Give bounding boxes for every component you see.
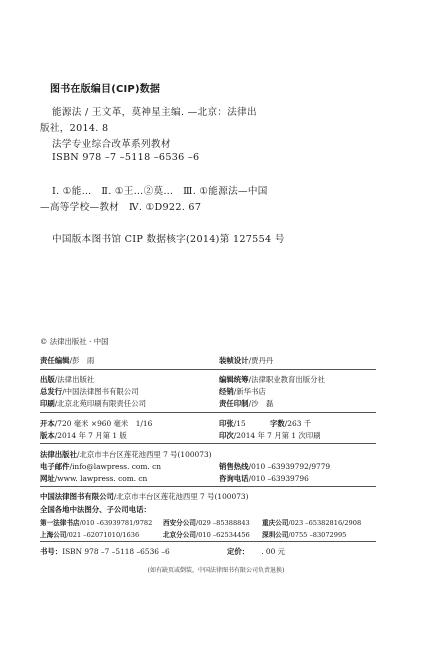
field-value: ISBN 978 –7 –5118 –6536 –6 <box>62 547 170 556</box>
book-number: 书号：ISBN 978 –7 –5118 –6536 –6 <box>40 546 170 557</box>
printed-sheets: 印张/15 <box>219 418 246 429</box>
divider <box>40 486 376 487</box>
field-label: 印刷 <box>40 399 55 408</box>
field-label: 责任编辑 <box>40 356 70 365</box>
branch-phone: 深圳公司/0755 –83072995 <box>262 529 346 539</box>
field-value: /010 –63939796 <box>249 474 309 483</box>
field-value: /中国法律图书有限公司 <box>62 387 138 396</box>
cip-entry-line1: 能源法 / 王文革，莫神星主编. —北京：法律出 <box>52 104 257 118</box>
field-value: /2014 年 7 月第 1 次印刷 <box>234 431 321 440</box>
edition: 版本/2014 年 7 月第 1 版 <box>40 430 127 441</box>
website: 网址/www. lawpress. com. cn <box>40 473 147 484</box>
field-label: 责任印制 <box>219 399 249 408</box>
field-label: 西安分公司 <box>163 519 196 527</box>
print-supervisor: 责任印制/沙 磊 <box>219 398 273 409</box>
field-label: 咨询电话 <box>219 474 249 483</box>
field-label: 版本 <box>40 431 55 440</box>
field-label: 字数 <box>270 419 285 428</box>
printer: 印刷/北京北苑印刷有限责任公司 <box>40 398 146 409</box>
field-label: 装帧设计 <box>219 356 249 365</box>
divider <box>40 412 376 413</box>
field-label: 经销 <box>219 387 234 396</box>
field-value: /023 –65382816/2908 <box>288 519 361 527</box>
impression: 印次/2014 年 7 月第 1 次印刷 <box>219 430 321 441</box>
cip-subject-line1: Ⅰ. ①能… Ⅱ. ①王…②莫… Ⅲ. ①能源法—中国 <box>52 183 268 197</box>
field-label: 法律出版社 <box>40 450 77 459</box>
format: 开本/720 毫米 ×960 毫米 1/16 <box>40 418 152 429</box>
field-value: /0755 –83072995 <box>288 531 346 539</box>
field-value: /021 –62071010/1636 <box>66 531 139 539</box>
field-value: /info@lawpress. com. cn <box>70 462 161 471</box>
field-label: 北京分公司 <box>163 531 196 539</box>
field-label: 第一法律书店 <box>40 519 80 527</box>
cip-record-number: 中国版本图书馆 CIP 数据核字(2014)第 127554 号 <box>52 231 285 245</box>
field-label: 书号： <box>40 547 62 556</box>
field-value: /新华书店 <box>234 387 266 396</box>
general-distributor: 总发行/中国法律图书有限公司 <box>40 386 139 397</box>
field-value: /010 –63939781/9782 <box>80 519 153 527</box>
publisher: 出版/法律出版社 <box>40 374 94 385</box>
field-value: /263 千 <box>285 419 311 428</box>
field-value: /029 –85388843 <box>196 519 250 527</box>
branch-phone: 西安分公司/029 –85388843 <box>163 517 250 527</box>
field-label: 重庆公司 <box>262 519 288 527</box>
cip-title: 图书在版编目(CIP)数据 <box>50 80 160 95</box>
field-value: /贾丹丹 <box>249 356 274 365</box>
field-label: 电子邮件 <box>40 462 70 471</box>
responsible-editor: 责任编辑/彭 雨 <box>40 355 94 366</box>
field-value: /北京市丰台区莲花池西里 7 号(100073) <box>77 450 212 459</box>
cover-design: 装帧设计/贾丹丹 <box>219 355 273 366</box>
editorial-planning: 编辑统筹/法律职业教育出版分社 <box>219 374 325 385</box>
divider <box>40 369 376 370</box>
field-label: 编辑统筹 <box>219 375 249 384</box>
field-value: /2014 年 7 月第 1 版 <box>55 431 127 440</box>
seller: 经销/新华书店 <box>219 386 266 397</box>
field-value: /法律职业教育出版分社 <box>249 375 325 384</box>
field-label: 中国法律图书有限公司 <box>40 492 114 501</box>
field-value: /北京市丰台区莲花池西里 7 号(100073) <box>114 492 249 501</box>
company-address: 中国法律图书有限公司/北京市丰台区莲花池西里 7 号(100073) <box>40 491 248 502</box>
branches-heading: 全国各地中法图分、子公司电话： <box>40 504 151 515</box>
field-value: /彭 雨 <box>70 356 95 365</box>
field-label: 出版 <box>40 375 55 384</box>
divider <box>40 443 376 444</box>
field-label: 印次 <box>219 431 234 440</box>
word-count: 字数/263 千 <box>270 418 311 429</box>
field-label: 网址 <box>40 474 55 483</box>
field-value: /www. lawpress. com. cn <box>55 474 148 483</box>
email: 电子邮件/info@lawpress. com. cn <box>40 461 161 472</box>
field-value: /720 毫米 ×960 毫米 1/16 <box>55 419 153 428</box>
field-label: 销售热线 <box>219 462 249 471</box>
inquiry-phone: 咨询电话/010 –63939796 <box>219 473 309 484</box>
cip-isbn: ISBN 978 –7 –5118 –6536 –6 <box>52 152 199 163</box>
field-label: 印张 <box>219 419 234 428</box>
sales-hotline: 销售热线/010 –63939792/9779 <box>219 461 330 472</box>
divider <box>40 541 376 542</box>
field-value: /法律出版社 <box>55 375 94 384</box>
branch-phone: 上海公司/021 –62071010/1636 <box>40 529 139 539</box>
press-address: 法律出版社/北京市丰台区莲花池西里 7 号(100073) <box>40 449 212 460</box>
copyright-line: © 法律出版社 · 中国 <box>40 336 109 347</box>
price: 定价：. 00 元 <box>227 546 285 557</box>
field-value: /北京北苑印刷有限责任公司 <box>55 399 146 408</box>
cip-series: 法学专业综合改革系列教材 <box>52 136 171 150</box>
cip-entry-line2: 版社，2014. 8 <box>40 120 108 134</box>
return-policy-note: (如有缺页或倒装，中国法律图书有限公司负责退换) <box>0 565 432 574</box>
field-label: 总发行 <box>40 387 62 396</box>
field-label: 上海公司 <box>40 531 66 539</box>
cip-subject-line2: —高等学校—教材 Ⅳ. ①D922. 67 <box>40 199 201 213</box>
field-value: /010 –62534456 <box>196 531 250 539</box>
field-value: /15 <box>234 419 246 428</box>
field-label: 深圳公司 <box>262 531 288 539</box>
branch-phone: 第一法律书店/010 –63939781/9782 <box>40 517 152 527</box>
field-label: 开本 <box>40 419 55 428</box>
field-label: 定价： <box>227 547 249 556</box>
field-value: /沙 磊 <box>249 399 274 408</box>
field-value: . 00 元 <box>261 547 285 556</box>
branch-phone: 北京分公司/010 –62534456 <box>163 529 250 539</box>
field-value: /010 –63939792/9779 <box>249 462 331 471</box>
branch-phone: 重庆公司/023 –65382816/2908 <box>262 517 361 527</box>
